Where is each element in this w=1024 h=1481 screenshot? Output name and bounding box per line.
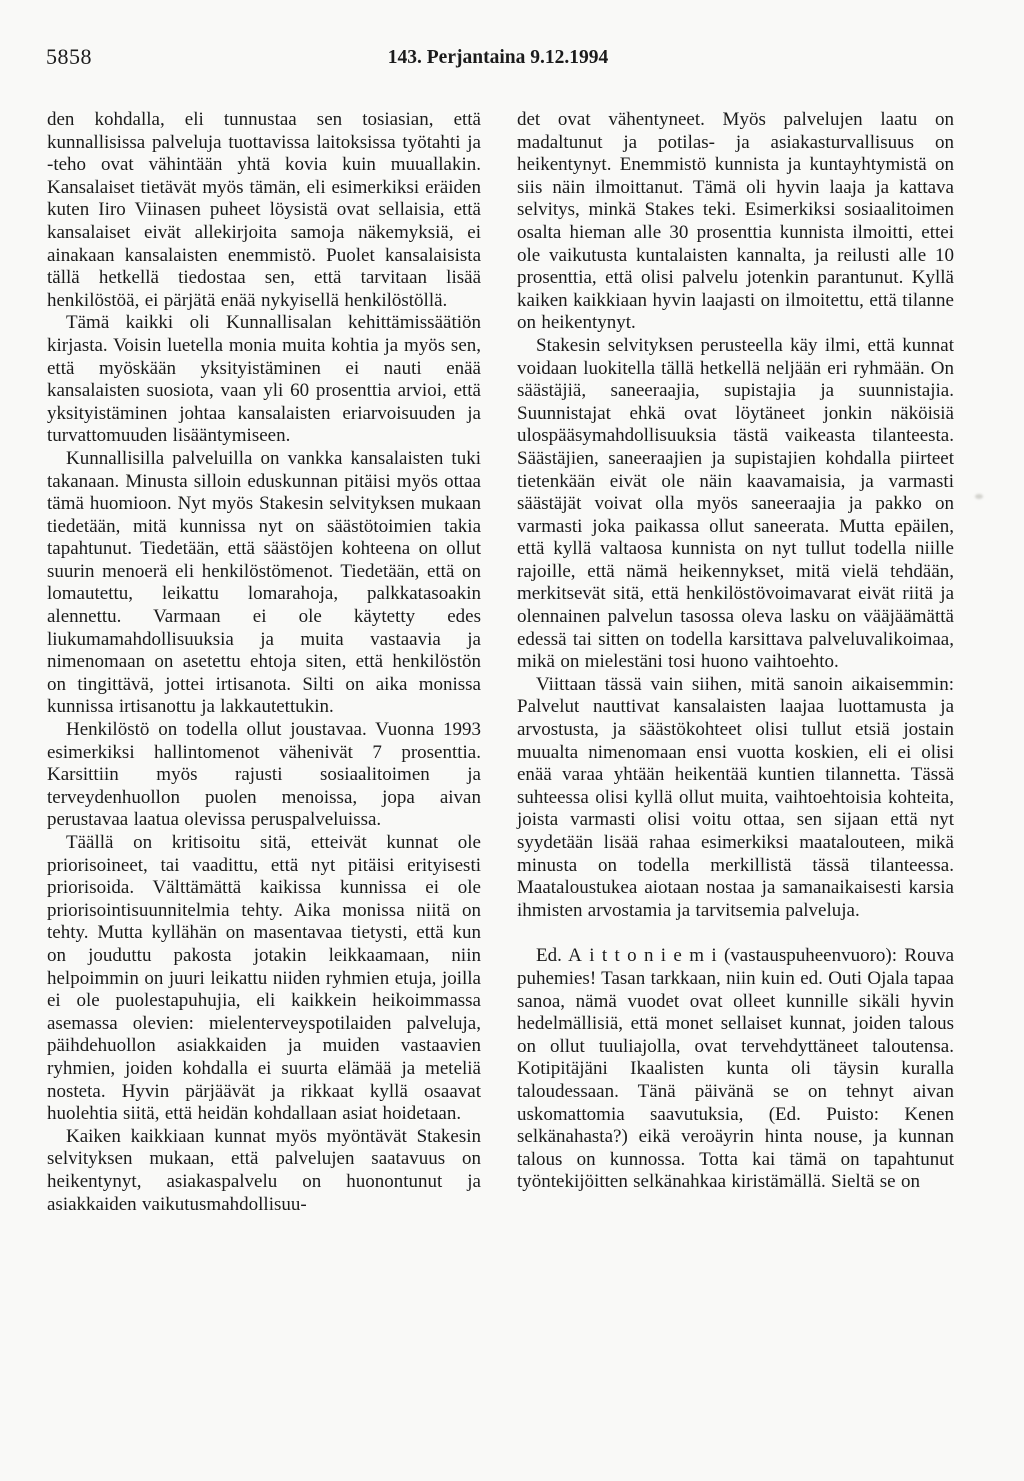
- scan-artifact: [975, 494, 983, 499]
- paragraph: Täällä on kritisoitu sitä, etteivät kunn…: [47, 832, 481, 1126]
- speech-paragraph: Ed. A i t t o n i e m i (vastauspuheenvu…: [517, 945, 954, 1194]
- paragraph: Kunnallisilla palveluilla on vankka kans…: [47, 448, 481, 719]
- right-column: det ovat vähentyneet. Myös palvelujen la…: [517, 109, 954, 1194]
- paragraph: Henkilöstö on todella ollut joustavaa. V…: [47, 719, 481, 832]
- header-title: 143. Perjantaina 9.12.1994: [0, 45, 996, 71]
- speaker-name: Ed. A i t t o n i e m i (vastauspuheenvu…: [536, 945, 897, 966]
- paragraph: den kohdalla, eli tunnustaa sen tosiasia…: [47, 109, 481, 312]
- document-page: 5858 143. Perjantaina 9.12.1994 den kohd…: [0, 0, 1024, 1481]
- paragraph: Stakesin selvityksen perusteella käy ilm…: [517, 335, 954, 674]
- paragraph: Viittaan tässä vain siihen, mitä sanoin …: [517, 674, 954, 923]
- paragraph: Tämä kaikki oli Kunnallisalan kehittämis…: [47, 312, 481, 448]
- left-column: den kohdalla, eli tunnustaa sen tosiasia…: [47, 109, 481, 1216]
- paragraph: Kaiken kaikkiaan kunnat myös myöntävät S…: [47, 1126, 481, 1216]
- speech-text: Rouva puhemies! Tasan tarkkaan, niin kui…: [517, 945, 954, 1192]
- paragraph: det ovat vähentyneet. Myös palvelujen la…: [517, 109, 954, 335]
